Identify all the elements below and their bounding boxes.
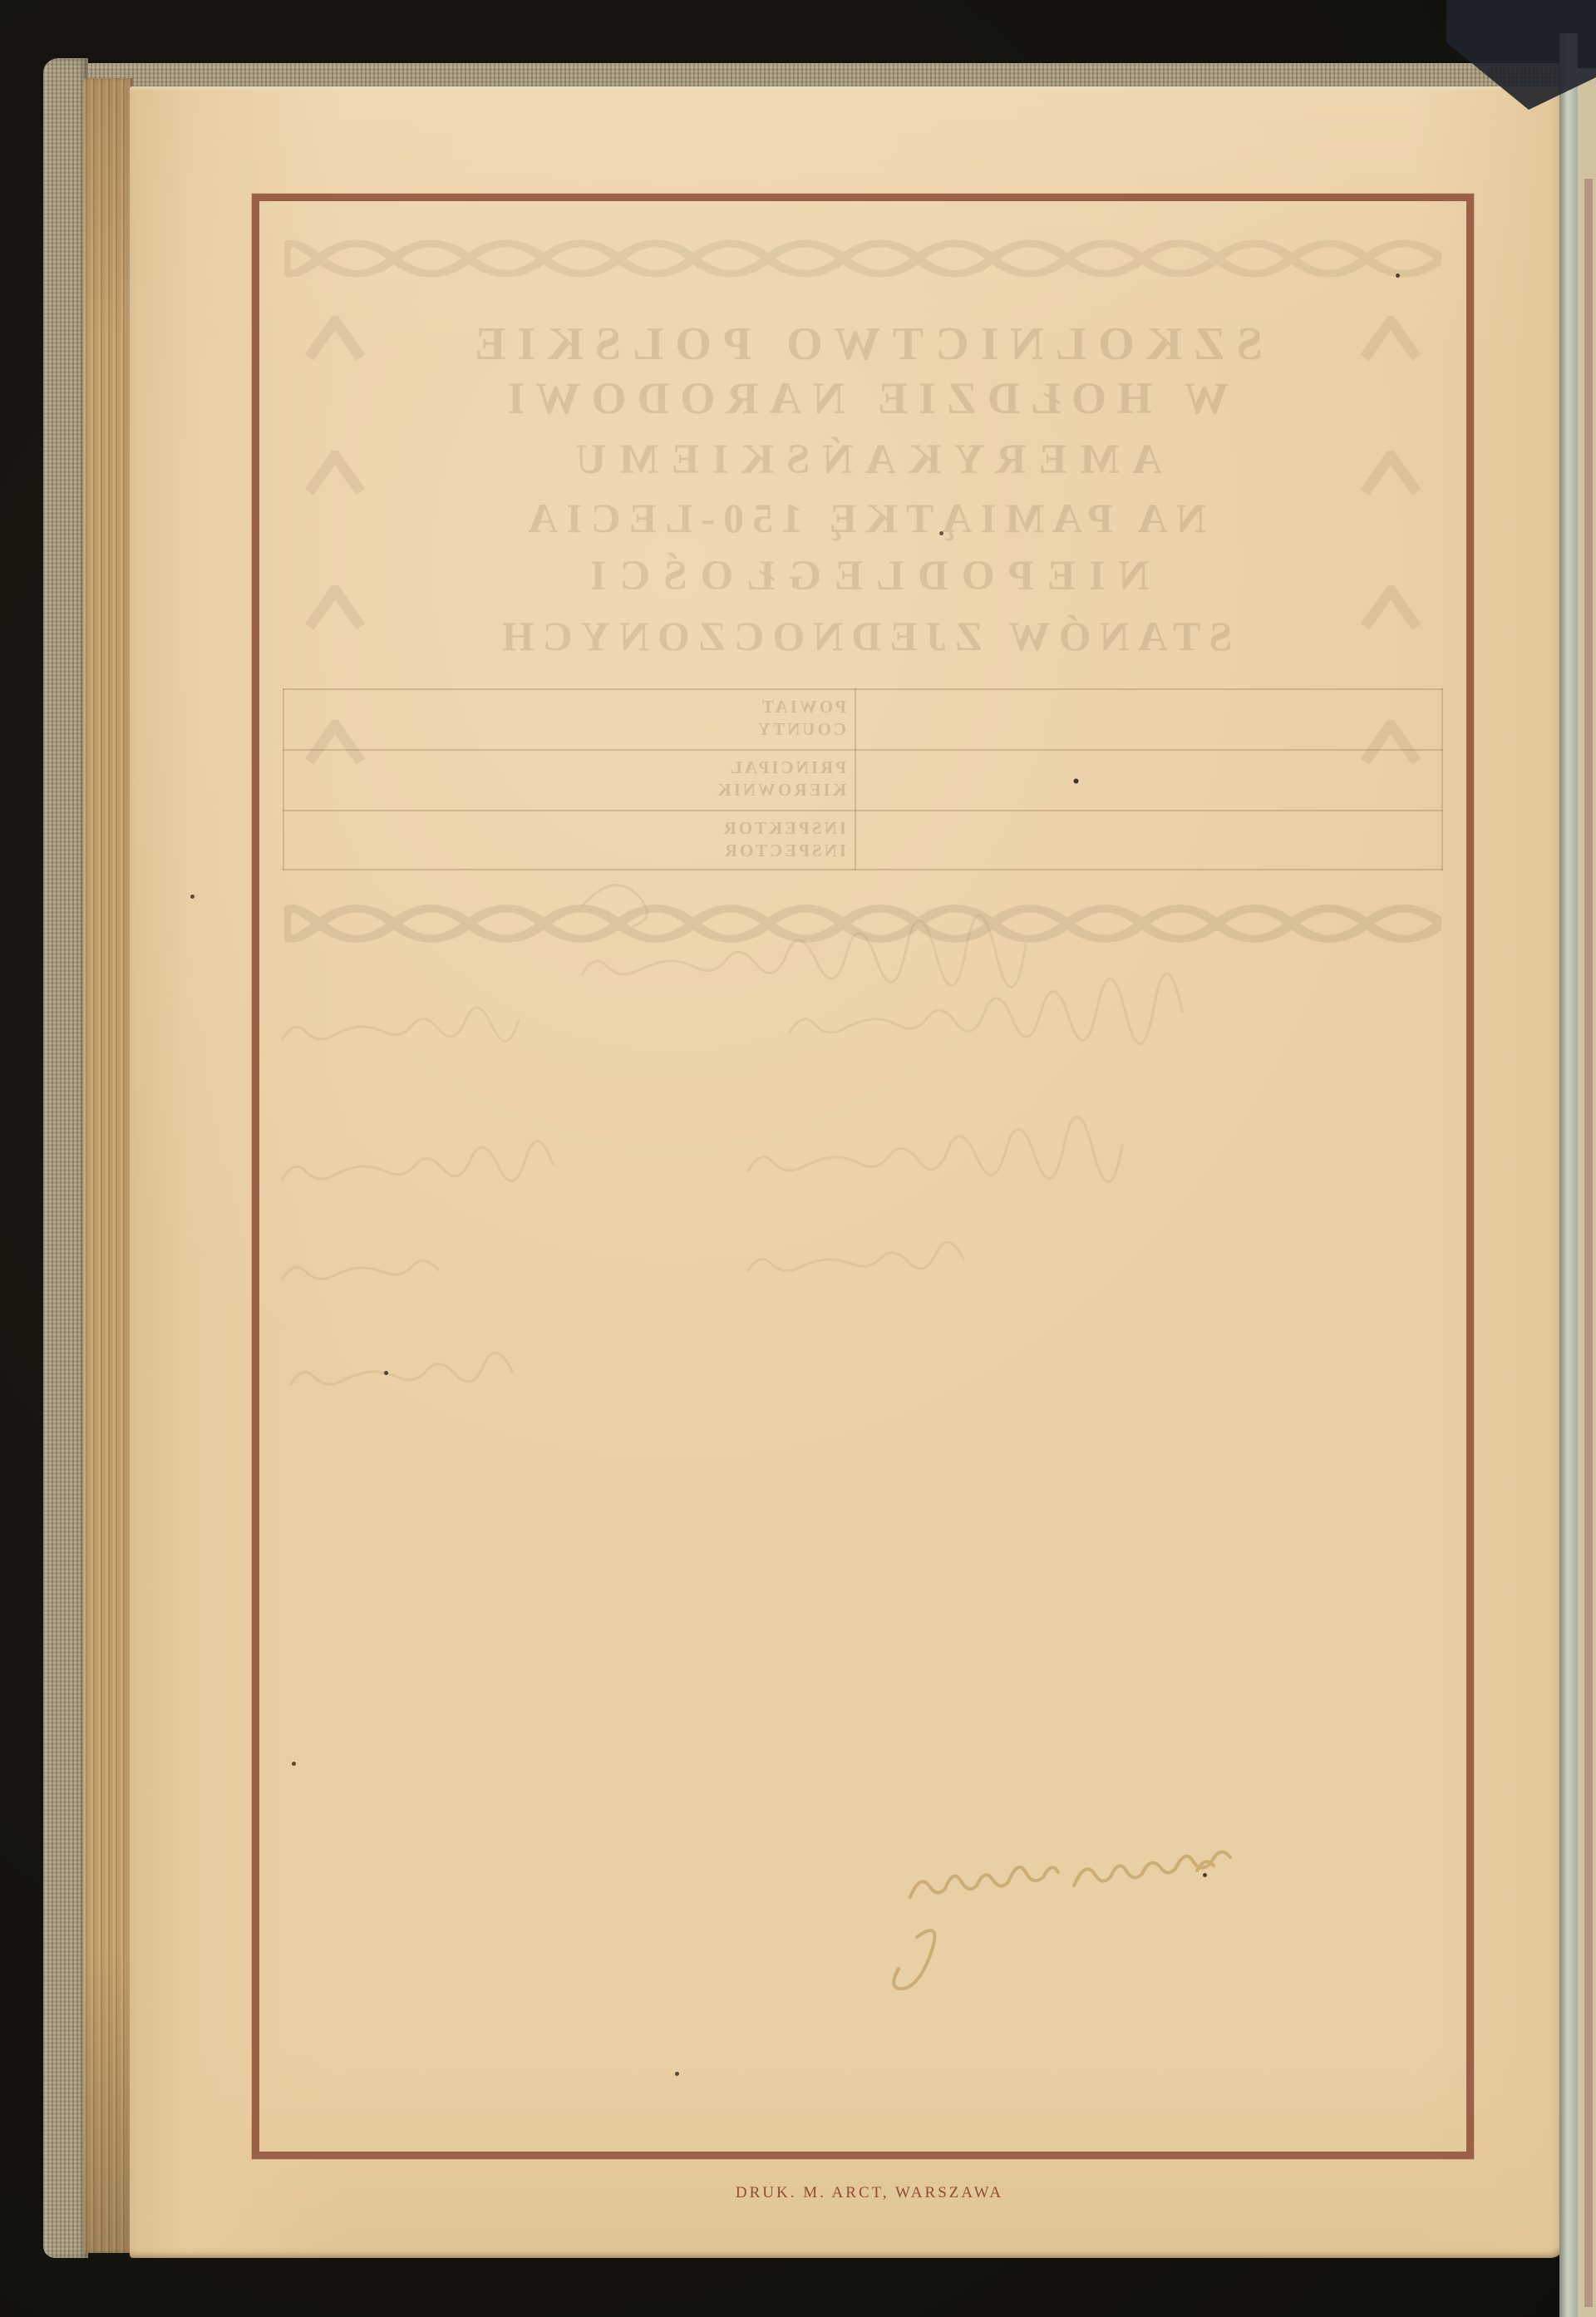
- chevron-ornament-icon: [303, 451, 367, 497]
- bleedthrough-title-line-5: NIEPODLEGŁOŚCI: [259, 552, 1466, 600]
- table-rule: [283, 688, 1443, 690]
- bleedthrough-title-line-4: NA PAMIĄTKĘ 150-LECIA: [259, 494, 1466, 542]
- chevron-ornament-icon: [1358, 585, 1423, 632]
- bleedthrough-form-table: POWIAT COUNTY PRINCIPAL KIEROWNIK INSPEK…: [283, 688, 1443, 870]
- adjacent-page-edge: [1559, 33, 1578, 2317]
- bleedthrough-title-line-3: AMERYKAŃSKIEMU: [259, 436, 1466, 484]
- bleedthrough-form-label: INSPEKTOR INSPECTOR: [497, 817, 846, 862]
- bleedthrough-title-line-2: W HOŁDZIE NARODOWI: [259, 372, 1466, 424]
- printer-imprint: DRUK. M. ARCT, WARSZAWA: [736, 2184, 1003, 2202]
- table-rule: [283, 869, 1443, 870]
- braid-ornament-top-bleedthrough: [284, 224, 1441, 293]
- table-rule: [283, 810, 1443, 811]
- braid-ornament-bottom-bleedthrough: [284, 890, 1441, 958]
- chevron-ornament-icon: [1358, 316, 1423, 362]
- paper-specks: [0, 0, 2, 2]
- bleedthrough-form-label: PRINCIPAL KIEROWNIK: [497, 757, 846, 801]
- chevron-ornament-icon: [303, 316, 367, 362]
- table-rule: [855, 688, 856, 870]
- chevron-ornament-icon: [1358, 451, 1423, 497]
- book-cover-cloth-spine: [43, 58, 88, 2258]
- bleedthrough-title-line-6: STANÓW ZJEDNOCZONYCH: [259, 612, 1466, 660]
- chevron-ornament-icon: [303, 585, 367, 632]
- bleedthrough-content: SZKOLNICTWO POLSKIE W HOŁDZIE NARODOWI A…: [259, 201, 1466, 2152]
- bleedthrough-form-label: POWIAT COUNTY: [497, 696, 846, 741]
- page-fore-edges: [83, 78, 133, 2253]
- table-rule: [283, 688, 284, 870]
- bleedthrough-title-line-1: SZKOLNICTWO POLSKIE: [259, 318, 1466, 371]
- table-rule: [1441, 688, 1443, 870]
- facing-page-border-rule: [1584, 179, 1593, 2307]
- scanned-book-page: SZKOLNICTWO POLSKIE W HOŁDZIE NARODOWI A…: [0, 0, 1596, 2317]
- facing-page-sliver: [1578, 68, 1596, 2317]
- table-rule: [283, 749, 1443, 751]
